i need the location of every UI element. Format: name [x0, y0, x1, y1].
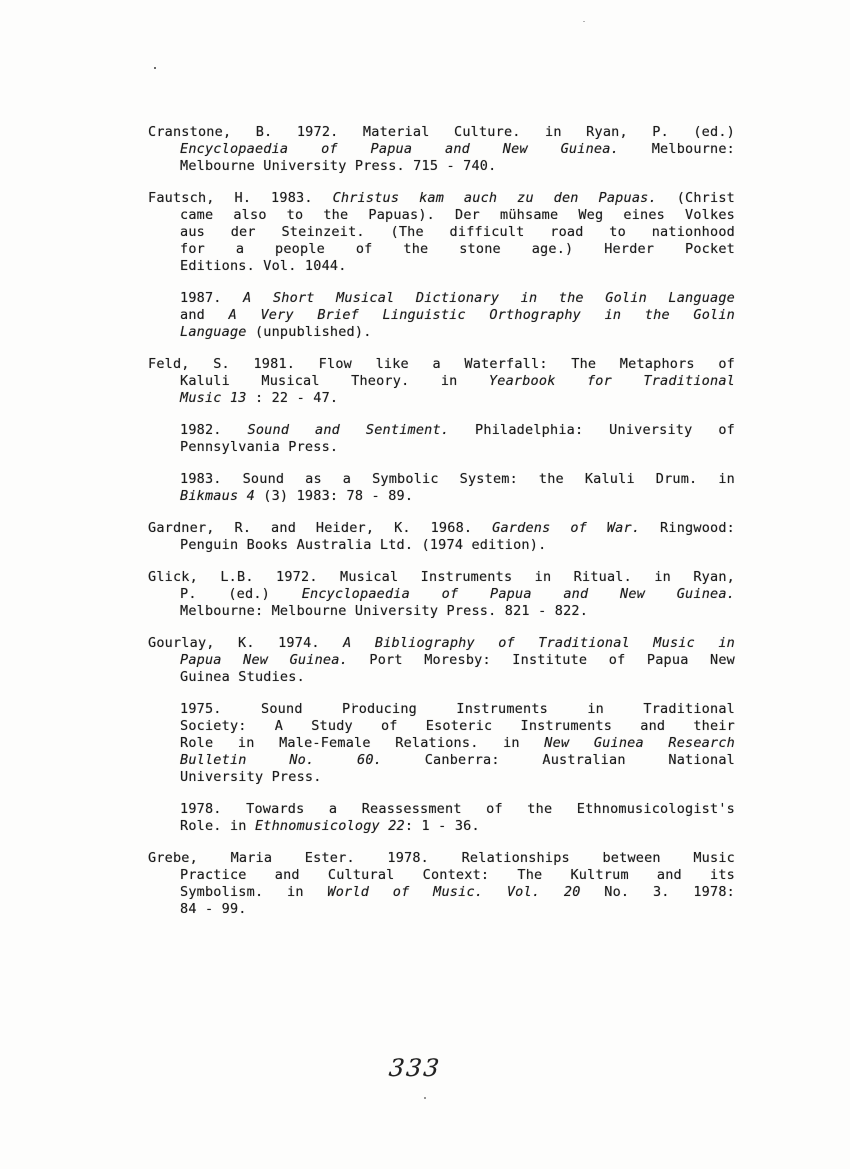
bib-line: Gardner, R. and Heider, K. 1968. Gardens… — [148, 520, 735, 537]
bib-line: Guinea Studies. — [148, 669, 735, 686]
bib-entry: Fautsch, H. 1983. Christus kam auch zu d… — [148, 190, 735, 275]
scan-speck — [352, 703, 354, 705]
bib-entry: Glick, L.B. 1972. Musical Instruments in… — [148, 569, 735, 620]
bib-text: Canberra: Australian National — [382, 752, 735, 768]
bib-text: came also to the Papuas). Der mühsame We… — [180, 207, 735, 223]
bib-line: Gourlay, K. 1974. A Bibliography of Trad… — [148, 635, 735, 652]
bib-text: Kaluli Musical Theory. in — [180, 373, 489, 389]
bib-text-italic: Music 13 — [180, 390, 247, 406]
bib-line: Practice and Cultural Context: The Kultr… — [148, 867, 735, 884]
bib-entry: 1982. Sound and Sentiment. Philadelphia:… — [148, 422, 735, 456]
bib-line: Encyclopaedia of Papua and New Guinea. M… — [148, 141, 735, 158]
bib-entry: 1975. Sound Producing Instruments in Tra… — [148, 701, 735, 786]
bib-text-italic: Christus kam auch zu den Papuas. — [333, 190, 657, 206]
bib-text: (Christ — [657, 190, 735, 206]
bib-text: Feld, S. 1981. Flow like a Waterfall: Th… — [148, 356, 735, 372]
bib-text: : 1 - 36. — [405, 818, 480, 834]
bib-text: Ringwood: — [640, 520, 735, 536]
bib-text: (unpublished). — [247, 324, 372, 340]
bib-text: Society: A Study of Esoteric Instruments… — [180, 718, 735, 734]
bib-line: Role in Male-Female Relations. in New Gu… — [148, 735, 735, 752]
bib-text: Port Moresby: Institute of Papua New — [348, 652, 735, 668]
bib-line: Pennsylvania Press. — [148, 439, 735, 456]
bib-entry: Feld, S. 1981. Flow like a Waterfall: Th… — [148, 356, 735, 407]
bib-text: No. 3. 1978: — [581, 884, 735, 900]
bib-text: 84 - 99. — [180, 901, 247, 917]
bib-text-italic: Bulletin No. 60. — [180, 752, 382, 768]
bib-line: 1987. A Short Musical Dictionary in the … — [148, 290, 735, 307]
bib-line: Melbourne University Press. 715 - 740. — [148, 158, 735, 175]
bib-line: Feld, S. 1981. Flow like a Waterfall: Th… — [148, 356, 735, 373]
bib-line: 1983. Sound as a Symbolic System: the Ka… — [148, 471, 735, 488]
bib-text: for a people of the stone age.) Herder P… — [180, 241, 735, 257]
bib-text: Melbourne University Press. 715 - 740. — [180, 158, 496, 174]
bib-line: 84 - 99. — [148, 901, 735, 918]
bib-line: for a people of the stone age.) Herder P… — [148, 241, 735, 258]
bib-text-italic: Yearbook for Traditional — [489, 373, 735, 389]
bib-text-italic: Encyclopaedia of Papua and New Guinea. — [302, 586, 735, 602]
bib-text: aus der Steinzeit. (The difficult road t… — [180, 224, 735, 240]
bib-entry: Grebe, Maria Ester. 1978. Relationships … — [148, 850, 735, 918]
bib-entry: Gardner, R. and Heider, K. 1968. Gardens… — [148, 520, 735, 554]
bib-line: Symbolism. in World of Music. Vol. 20 No… — [148, 884, 735, 901]
bib-text: Pennsylvania Press. — [180, 439, 338, 455]
bib-line: Cranstone, B. 1972. Material Culture. in… — [148, 124, 735, 141]
bib-text: Gourlay, K. 1974. — [148, 635, 343, 651]
scan-speck — [583, 21, 585, 22]
bib-text: Fautsch, H. 1983. — [148, 190, 333, 206]
bib-line: Editions. Vol. 1044. — [148, 258, 735, 275]
bib-text-italic: World of Music. Vol. 20 — [327, 884, 580, 900]
bib-text: Editions. Vol. 1044. — [180, 258, 347, 274]
bib-entry: 1987. A Short Musical Dictionary in the … — [148, 290, 735, 341]
bib-line: came also to the Papuas). Der mühsame We… — [148, 207, 735, 224]
bib-text: Role in Male-Female Relations. in — [180, 735, 544, 751]
bib-text-italic: A Bibliography of Traditional Music in — [343, 635, 735, 651]
bib-text-italic: New Guinea Research — [544, 735, 735, 751]
bib-text-italic: A Short Musical Dictionary in the Golin … — [243, 290, 735, 306]
bib-line: Papua New Guinea. Port Moresby: Institut… — [148, 652, 735, 669]
bib-text: Role. in — [180, 818, 255, 834]
bib-text: 1975. Sound Producing Instruments in Tra… — [180, 701, 735, 717]
bib-line: Language (unpublished). — [148, 324, 735, 341]
bib-text-italic: Encyclopaedia of Papua and New Guinea. — [180, 141, 619, 157]
bib-text-italic: Language — [180, 324, 247, 340]
bib-line: Grebe, Maria Ester. 1978. Relationships … — [148, 850, 735, 867]
bib-text-italic: Ethnomusicology 22 — [255, 818, 405, 834]
bib-text-italic: Sound and Sentiment. — [248, 422, 450, 438]
bib-line: Penguin Books Australia Ltd. (1974 editi… — [148, 537, 735, 554]
scanned-document-page: Cranstone, B. 1972. Material Culture. in… — [0, 0, 850, 1169]
bib-line: Melbourne: Melbourne University Press. 8… — [148, 603, 735, 620]
bib-line: 1975. Sound Producing Instruments in Tra… — [148, 701, 735, 718]
bib-text-italic: Gardens of War. — [492, 520, 640, 536]
bib-line: Glick, L.B. 1972. Musical Instruments in… — [148, 569, 735, 586]
bib-entry: Gourlay, K. 1974. A Bibliography of Trad… — [148, 635, 735, 686]
bib-line: Kaluli Musical Theory. in Yearbook for T… — [148, 373, 735, 390]
bib-text: 1982. — [180, 422, 248, 438]
bib-text: and — [180, 307, 229, 323]
bib-text: Melbourne: — [619, 141, 735, 157]
bib-line: Role. in Ethnomusicology 22: 1 - 36. — [148, 818, 735, 835]
bib-entry: 1978. Towards a Reassessment of the Ethn… — [148, 801, 735, 835]
bib-text: University Press. — [180, 769, 322, 785]
bib-text: 1983. Sound as a Symbolic System: the Ka… — [180, 471, 735, 487]
bib-text: Melbourne: Melbourne University Press. 8… — [180, 603, 588, 619]
bib-text: (3) 1983: 78 - 89. — [255, 488, 413, 504]
bib-entry: 1983. Sound as a Symbolic System: the Ka… — [148, 471, 735, 505]
bib-text: Grebe, Maria Ester. 1978. Relationships … — [148, 850, 735, 866]
bib-text-italic: Bikmaus 4 — [180, 488, 255, 504]
bib-text: Penguin Books Australia Ltd. (1974 editi… — [180, 537, 546, 553]
bibliography: Cranstone, B. 1972. Material Culture. in… — [148, 124, 735, 933]
bib-text: Symbolism. in — [180, 884, 327, 900]
bib-line: Bulletin No. 60. Canberra: Australian Na… — [148, 752, 735, 769]
bib-text: Gardner, R. and Heider, K. 1968. — [148, 520, 492, 536]
scan-speck — [154, 67, 156, 69]
bib-text: Practice and Cultural Context: The Kultr… — [180, 867, 735, 883]
scan-speck — [424, 1097, 426, 1099]
bib-text: : 22 - 47. — [247, 390, 339, 406]
bib-line: P. (ed.) Encyclopaedia of Papua and New … — [148, 586, 735, 603]
bib-text: Guinea Studies. — [180, 669, 305, 685]
bib-line: and A Very Brief Linguistic Orthography … — [148, 307, 735, 324]
page-number: 333 — [0, 1054, 841, 1082]
bib-line: Fautsch, H. 1983. Christus kam auch zu d… — [148, 190, 735, 207]
bib-text: Glick, L.B. 1972. Musical Instruments in… — [148, 569, 735, 585]
bib-line: Bikmaus 4 (3) 1983: 78 - 89. — [148, 488, 735, 505]
bib-text-italic: A Very Brief Linguistic Orthography in t… — [229, 307, 735, 323]
bib-line: aus der Steinzeit. (The difficult road t… — [148, 224, 735, 241]
bib-line: Music 13 : 22 - 47. — [148, 390, 735, 407]
bib-line: University Press. — [148, 769, 735, 786]
bib-text: P. (ed.) — [180, 586, 302, 602]
bib-text: Cranstone, B. 1972. Material Culture. in… — [148, 124, 735, 140]
bib-text: Philadelphia: University of — [449, 422, 735, 438]
bib-line: Society: A Study of Esoteric Instruments… — [148, 718, 735, 735]
bib-text: 1987. — [180, 290, 243, 306]
bib-entry: Cranstone, B. 1972. Material Culture. in… — [148, 124, 735, 175]
bib-line: 1982. Sound and Sentiment. Philadelphia:… — [148, 422, 735, 439]
bib-line: 1978. Towards a Reassessment of the Ethn… — [148, 801, 735, 818]
bib-text: 1978. Towards a Reassessment of the Ethn… — [180, 801, 735, 817]
bib-text-italic: Papua New Guinea. — [180, 652, 348, 668]
